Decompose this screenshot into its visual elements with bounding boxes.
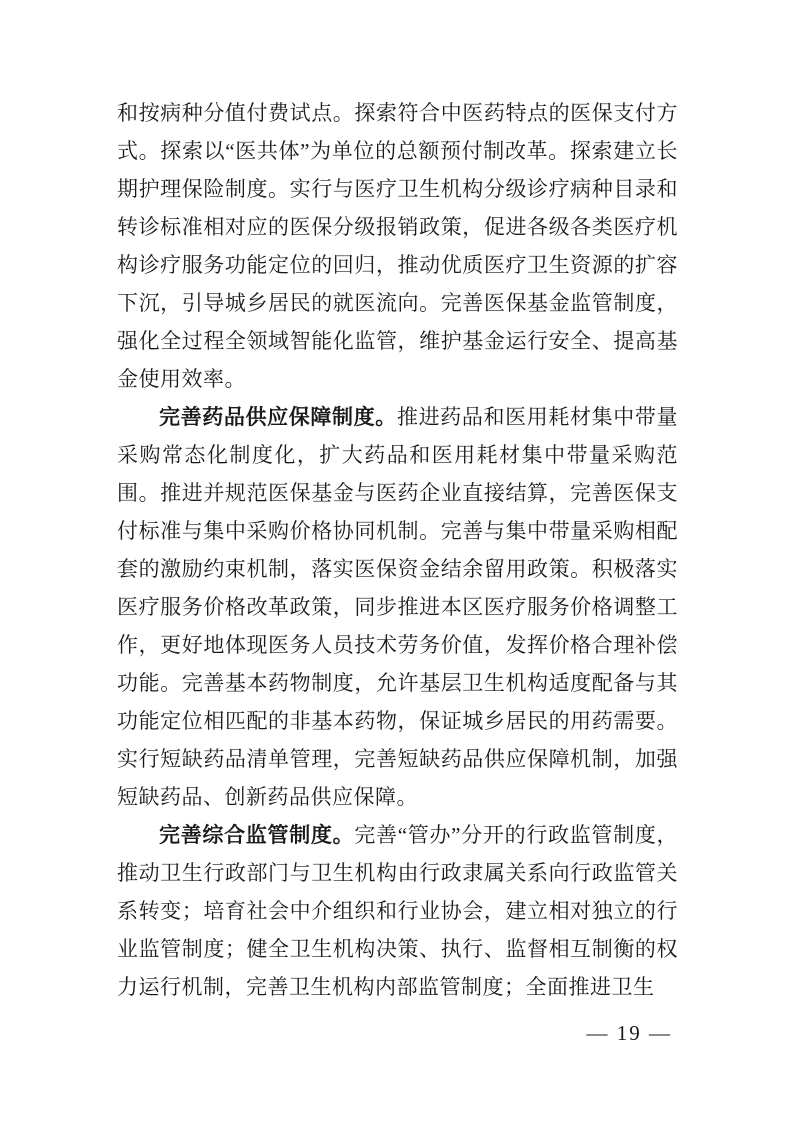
- page-number: — 19 —: [117, 1020, 678, 1046]
- paragraph-medical-insurance: 和按病种分值付费试点。探索符合中医药特点的医保支付方式。探索以“医共体”为单位的…: [117, 94, 678, 398]
- paragraph-lead-bold: 完善综合监管制度。: [159, 823, 354, 847]
- paragraph-drug-supply: 完善药品供应保障制度。推进药品和医用耗材集中带量采购常态化制度化，扩大药品和医用…: [117, 398, 678, 816]
- paragraph-comprehensive-supervision: 完善综合监管制度。完善“管办”分开的行政监管制度，推动卫生行政部门与卫生机构由行…: [117, 816, 678, 1006]
- paragraph-body: 完善“管办”分开的行政监管制度，推动卫生行政部门与卫生机构由行政隶属关系向行政监…: [117, 823, 678, 999]
- paragraph-body: 和按病种分值付费试点。探索符合中医药特点的医保支付方式。探索以“医共体”为单位的…: [117, 101, 678, 391]
- document-text-block: 和按病种分值付费试点。探索符合中医药特点的医保支付方式。探索以“医共体”为单位的…: [117, 94, 678, 1006]
- paragraph-body: 推进药品和医用耗材集中带量采购常态化制度化，扩大药品和医用耗材集中带量采购范围。…: [117, 405, 678, 809]
- paragraph-lead-bold: 完善药品供应保障制度。: [159, 405, 397, 429]
- document-page: 和按病种分值付费试点。探索符合中医药特点的医保支付方式。探索以“医共体”为单位的…: [0, 0, 793, 1122]
